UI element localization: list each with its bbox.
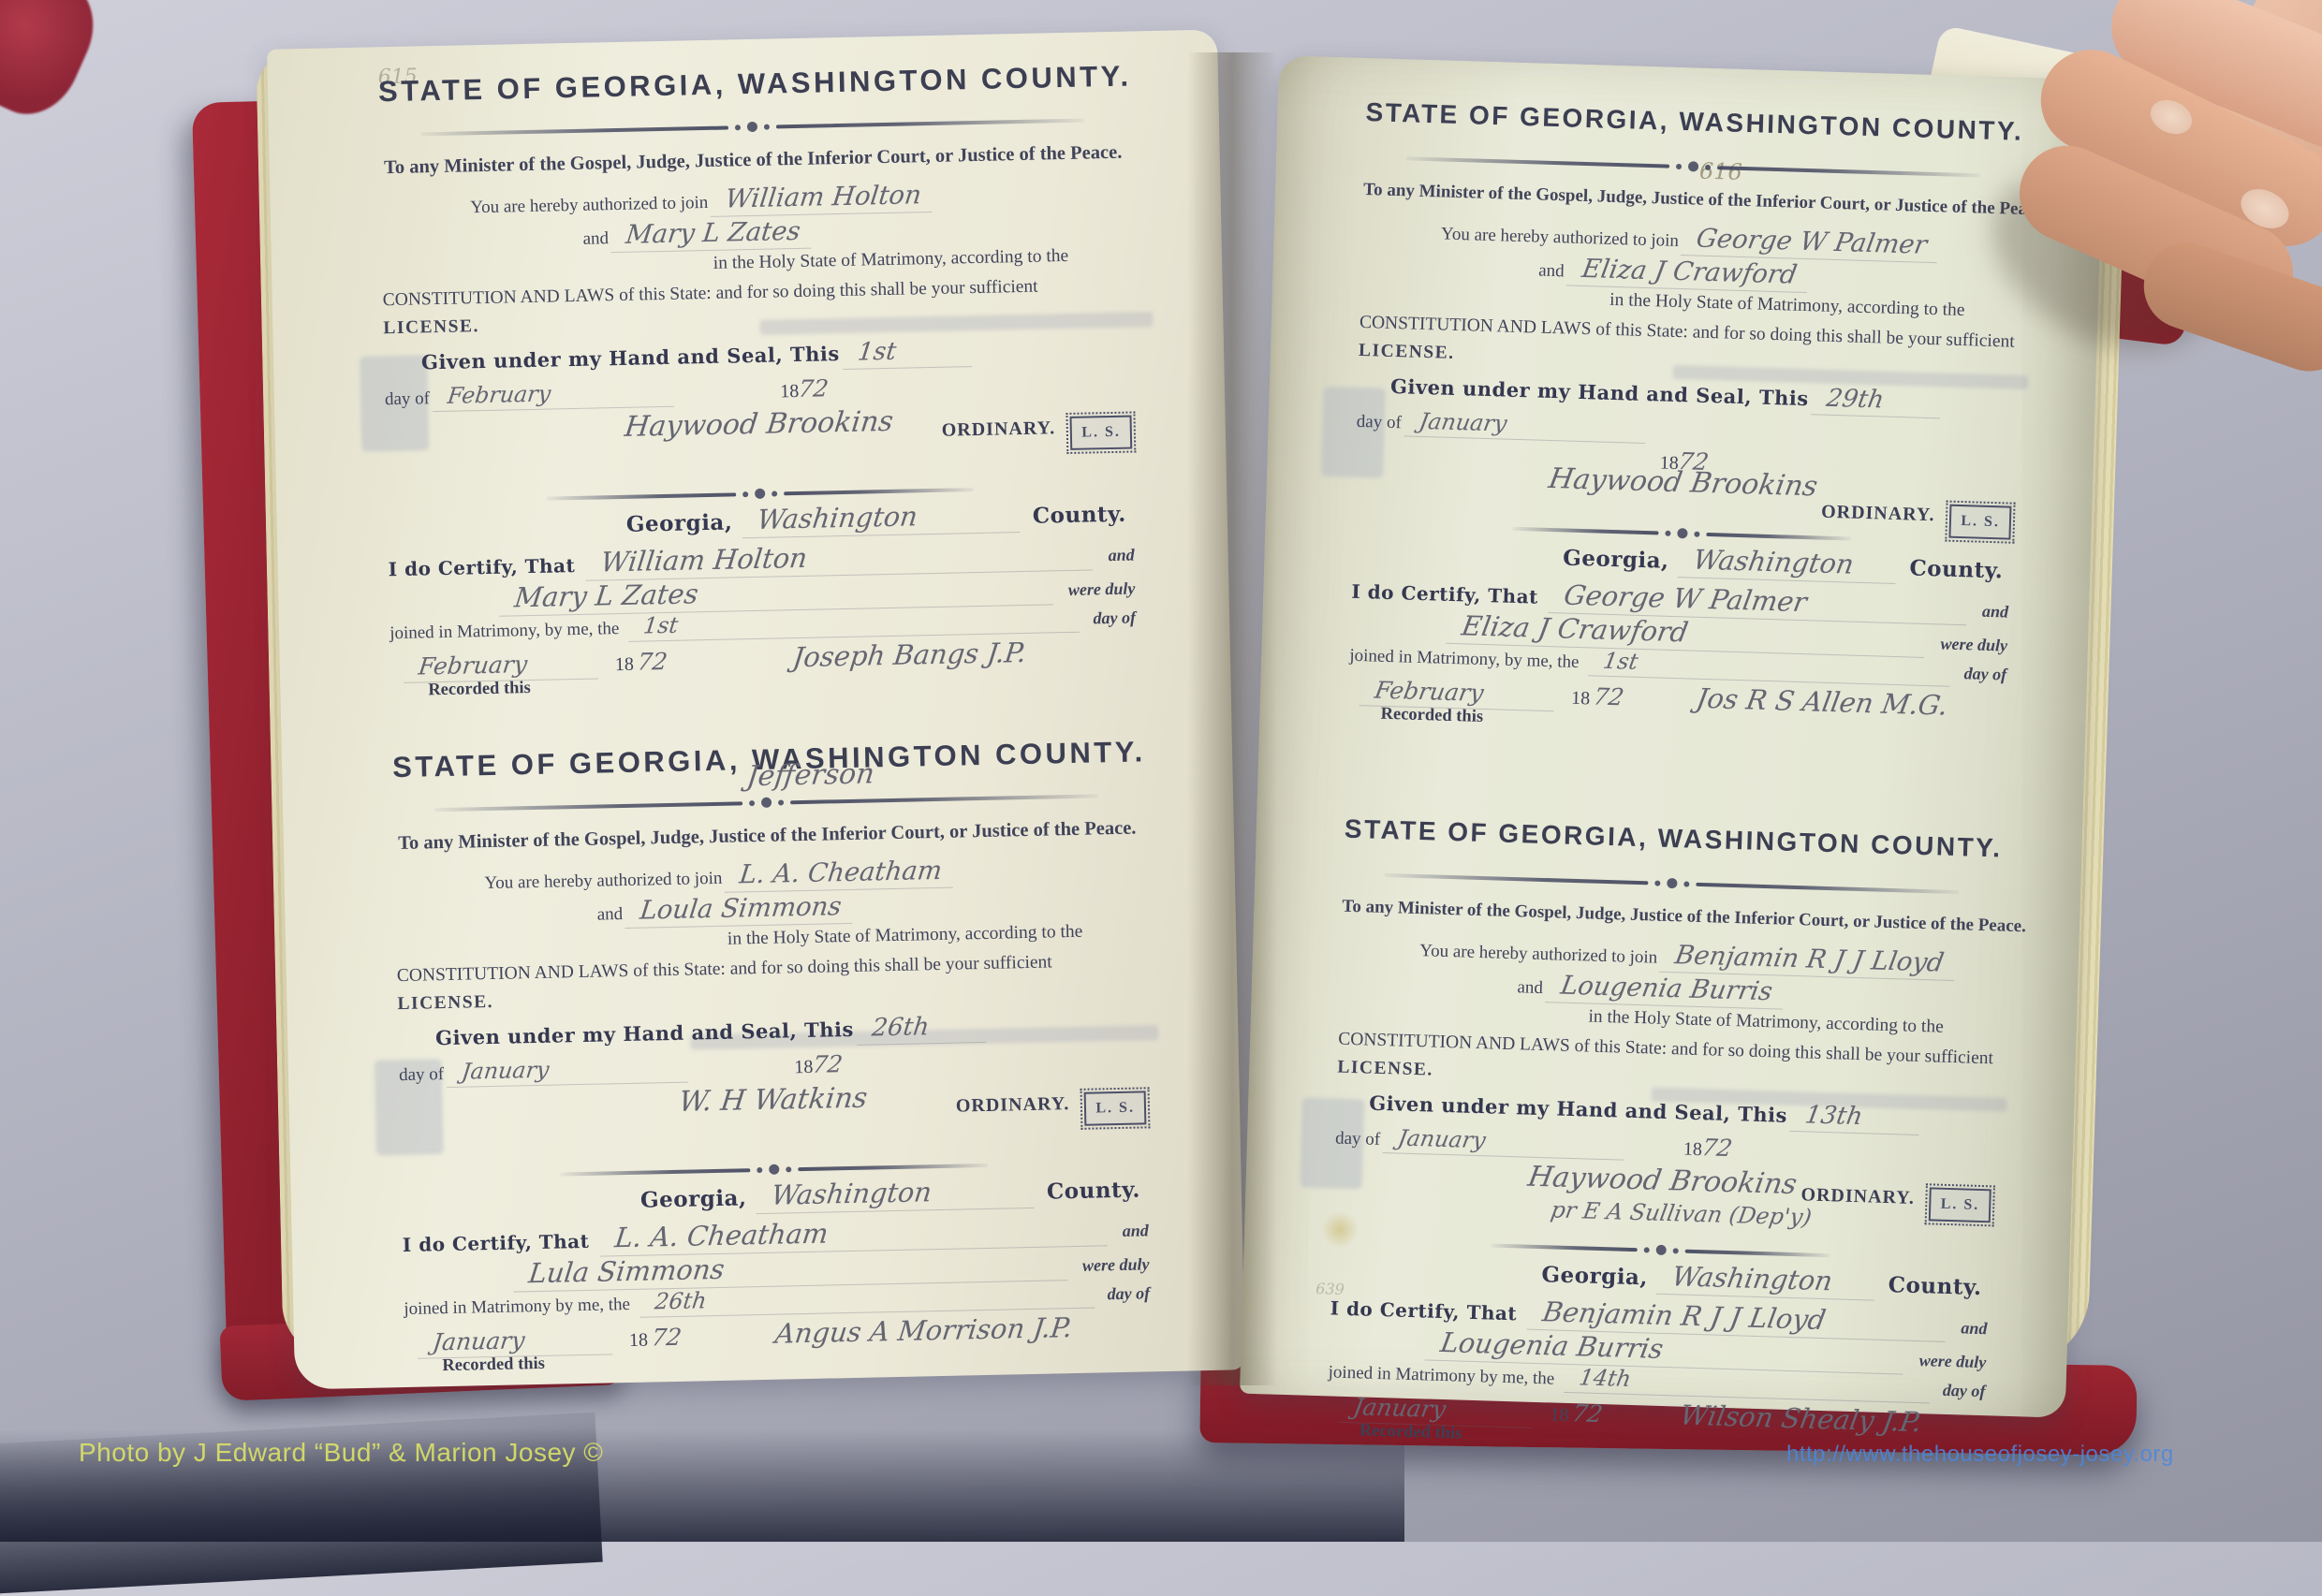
marriage-form: STATE OF GEORGIA, WASHINGTON COUNTY. Jef… (392, 735, 1152, 1397)
joined-label: joined in Matrimony by me, the (1328, 1362, 1554, 1389)
day-of-label: day of (385, 388, 430, 409)
ls-seal: L. S. (1929, 1187, 1991, 1223)
divider-ornament (1364, 152, 2021, 182)
year-printed: 18 (615, 654, 634, 676)
salutation-line: To any Minister of the Gospel, Judge, Ju… (1342, 897, 1999, 937)
year-handwritten: 72 (798, 374, 830, 403)
divider-ornament (393, 789, 1139, 815)
certify-and-label: and (1961, 1318, 1988, 1339)
ornament-dot (1672, 1248, 1678, 1253)
authorize-label: You are hereby authorized to join (484, 869, 722, 893)
were-duly-label: were duly (1068, 578, 1136, 599)
marriage-form: STATE OF GEORGIA, WASHINGTON COUNTY. To … (1347, 97, 2023, 763)
ornament-bar (790, 794, 1098, 804)
certify-and-label: and (1123, 1221, 1149, 1241)
bride-name-handwritten: Mary L Zates (611, 216, 816, 254)
ornament-bar (784, 488, 974, 495)
certify-and-label: and (1982, 602, 2009, 622)
photographer-watermark: Photo by J Edward “Bud” & Marion Josey © (79, 1438, 603, 1468)
year-line: 1872 (780, 374, 829, 403)
given-month-handwritten: January (1382, 1124, 1628, 1161)
ornament-bar (1405, 156, 1668, 168)
georgia-label: Georgia, (640, 1185, 747, 1212)
county-label: County. (1888, 1272, 1982, 1300)
county-label: County. (1047, 1178, 1140, 1205)
divider-ornament (1343, 869, 2000, 899)
salutation-line: To any Minister of the Gospel, Judge, Ju… (1363, 180, 2021, 220)
authorize-label: You are hereby authorized to join (1441, 224, 1679, 251)
red-object-top-left (0, 0, 110, 129)
ornament-dot (1687, 161, 1697, 171)
ornament-dot (1655, 1245, 1666, 1255)
bride-name-handwritten: Loula Simmons (625, 891, 857, 929)
ornament-dot (769, 1164, 779, 1175)
ornament-bar (1717, 166, 1980, 177)
ordinary-seal-row: ORDINARY. L. S. (956, 1087, 1147, 1124)
ordinary-seal-row: ORDINARY. L. S. (941, 412, 1132, 449)
certify-and-label: and (1108, 546, 1134, 566)
salutation-line: To any Minister of the Gospel, Judge, Ju… (380, 142, 1126, 180)
ornament-bar (420, 125, 728, 136)
ornament-dot (742, 491, 748, 497)
and-label: and (1538, 261, 1565, 282)
given-label: Given under my Hand and Seal, This (435, 1018, 854, 1049)
ornament-bar (798, 1163, 988, 1170)
given-day-handwritten: 1st (843, 336, 976, 370)
ornament-dot (772, 491, 777, 496)
and-label: and (582, 228, 609, 249)
authorize-label: You are hereby authorized to join (470, 193, 708, 217)
year-line: 1872 (1683, 1134, 1733, 1163)
given-month-handwritten: February (433, 378, 678, 412)
ordinary-label: ORDINARY. (956, 1093, 1070, 1117)
joined-label: joined in Matrimony by me, the (404, 1295, 630, 1320)
ornament-dot (764, 124, 770, 129)
ordinary-seal-row: ORDINARY. L. S. (1800, 1179, 1991, 1219)
ornament-dot (778, 799, 784, 805)
book-gutter-shadow (1187, 52, 1277, 1385)
ordinary-label: ORDINARY. (942, 417, 1056, 441)
ornament-dot (757, 1166, 762, 1172)
year-handwritten: 72 (650, 1324, 683, 1352)
salutation-line: To any Minister of the Gospel, Judge, Ju… (394, 817, 1140, 855)
divider-ornament (379, 114, 1125, 140)
given-label: Given under my Hand and Seal, This (1390, 374, 1809, 410)
district-annotation-handwritten: Jefferson (615, 754, 1007, 796)
ordinary-label: ORDINARY. (1800, 1184, 1915, 1208)
year-handwritten: 72 (636, 648, 669, 676)
day-of-label: day of (1107, 1283, 1150, 1304)
georgia-label: Georgia, (1563, 545, 1669, 573)
georgia-label: Georgia, (626, 509, 733, 536)
certify-label: I do Certify, That (1330, 1296, 1517, 1325)
joined-label: joined in Matrimony, by me, the (389, 619, 620, 644)
bride-name-handwritten: Eliza J Crawford (1565, 254, 1812, 293)
ls-seal: L. S. (1070, 416, 1132, 450)
authorize-label: You are hereby authorized to join (1419, 941, 1657, 968)
year-handwritten: 72 (1592, 683, 1626, 711)
day-of-label: day of (1357, 412, 1403, 432)
day-of-label: day of (1093, 608, 1136, 628)
day-of-label: day of (399, 1064, 444, 1085)
were-duly-label: were duly (1082, 1254, 1150, 1275)
ornament-bar (1706, 532, 1852, 540)
form-header: STATE OF GEORGIA, WASHINGTON COUNTY. (378, 60, 1125, 110)
given-label: Given under my Hand and Seal, This (1369, 1091, 1787, 1127)
county-name-handwritten: Washington (742, 498, 1023, 538)
groom-name-handwritten: William Holton (711, 180, 936, 217)
day-of-label: day of (1963, 664, 2006, 684)
ornament-dot (1677, 528, 1687, 538)
ordinary-signature-handwritten: W. H Watkins (517, 1078, 1028, 1121)
ornament-dot (1654, 880, 1660, 886)
given-month-handwritten: January (1403, 407, 1650, 444)
county-name-handwritten: Washington (1678, 543, 1902, 584)
bride-name-handwritten: Lougenia Burris (1545, 970, 1787, 1009)
county-name-handwritten: Washington (756, 1174, 1037, 1214)
year-handwritten: 72 (1700, 1134, 1735, 1162)
year-printed: 18 (1550, 1404, 1569, 1427)
were-duly-label: were duly (1940, 634, 2007, 655)
were-duly-label: were duly (1919, 1351, 1987, 1372)
ordinary-signature-handwritten: Haywood Brookins (503, 403, 1014, 446)
given-day-handwritten: 13th (1789, 1101, 1924, 1135)
ornament-dot (786, 1166, 791, 1172)
given-day-handwritten: 29th (1811, 384, 1946, 418)
year-printed: 18 (629, 1330, 648, 1352)
ornament-bar (546, 492, 736, 500)
ornament-dot (1683, 881, 1689, 886)
ornament-bar (1492, 1243, 1638, 1252)
ornament-dot (735, 124, 741, 130)
ls-seal: L. S. (1084, 1091, 1146, 1125)
day-of-label: day of (1335, 1129, 1381, 1149)
ornament-dot (1704, 164, 1710, 169)
ornament-dot (1694, 531, 1699, 536)
ornament-dot (1675, 163, 1681, 168)
ornament-bar (560, 1168, 750, 1176)
marriage-form: STATE OF GEORGIA, WASHINGTON COUNTY. To … (1326, 814, 2002, 1480)
ornament-dot (1665, 530, 1670, 535)
right-page: 616 639 STATE OF GEORGIA, WASHINGTON COU… (1240, 55, 2105, 1418)
and-label: and (597, 904, 624, 925)
ornament-dot (1643, 1247, 1649, 1252)
ornament-dot (1667, 878, 1677, 888)
ornament-bar (1512, 526, 1658, 534)
hand-finger (2132, 231, 2322, 383)
certify-label: I do Certify, That (403, 1230, 590, 1256)
ornament-dot (755, 489, 765, 499)
joined-label: joined in Matrimony, by me, the (1349, 646, 1580, 673)
certify-label: I do Certify, That (389, 554, 576, 580)
photograph-of-marriage-record-book: 615 STATE OF GEORGIA, WASHINGTON COUNTY.… (0, 0, 2322, 1542)
county-label: County. (1909, 555, 2004, 583)
marriage-form: STATE OF GEORGIA, WASHINGTON COUNTY. To … (378, 60, 1138, 722)
year-printed: 18 (1571, 688, 1591, 710)
ordinary-label: ORDINARY. (1821, 502, 1935, 526)
certify-label: I do Certify, That (1351, 580, 1538, 608)
ornament-bar (1384, 872, 1647, 884)
given-day-handwritten: 26th (857, 1012, 990, 1046)
given-month-handwritten: January (447, 1054, 692, 1088)
ornament-bar (434, 801, 742, 812)
website-watermark: http://www.thehouseofjosey-josey.org (1786, 1442, 2174, 1468)
ornament-bar (776, 118, 1084, 128)
year-line: 1872 (794, 1050, 843, 1078)
form-header: STATE OF GEORGIA, WASHINGTON COUNTY. (1344, 814, 2002, 864)
ornament-dot (747, 122, 757, 132)
left-page: 615 STATE OF GEORGIA, WASHINGTON COUNTY.… (267, 30, 1245, 1390)
given-label: Given under my Hand and Seal, This (421, 342, 840, 373)
year-handwritten: 72 (812, 1050, 845, 1078)
ornament-bar (1684, 1249, 1830, 1257)
year-printed: 18 (780, 381, 799, 402)
ls-seal: L. S. (1949, 505, 2012, 540)
county-label: County. (1033, 502, 1126, 529)
ornament-dot (749, 800, 755, 806)
groom-name-handwritten: L. A. Cheatham (725, 856, 957, 893)
day-of-label: day of (1943, 1381, 1986, 1401)
georgia-label: Georgia, (1541, 1262, 1648, 1290)
county-name-handwritten: Washington (1656, 1260, 1880, 1301)
ornament-bar (1696, 882, 1959, 893)
and-label: and (1517, 977, 1543, 998)
ordinary-seal-row: ORDINARY. L. S. (1821, 497, 2012, 536)
form-header: STATE OF GEORGIA, WASHINGTON COUNTY. (1365, 97, 2023, 147)
year-handwritten: 72 (1570, 1399, 1605, 1428)
ornament-dot (761, 798, 772, 808)
year-printed: 18 (794, 1057, 813, 1077)
